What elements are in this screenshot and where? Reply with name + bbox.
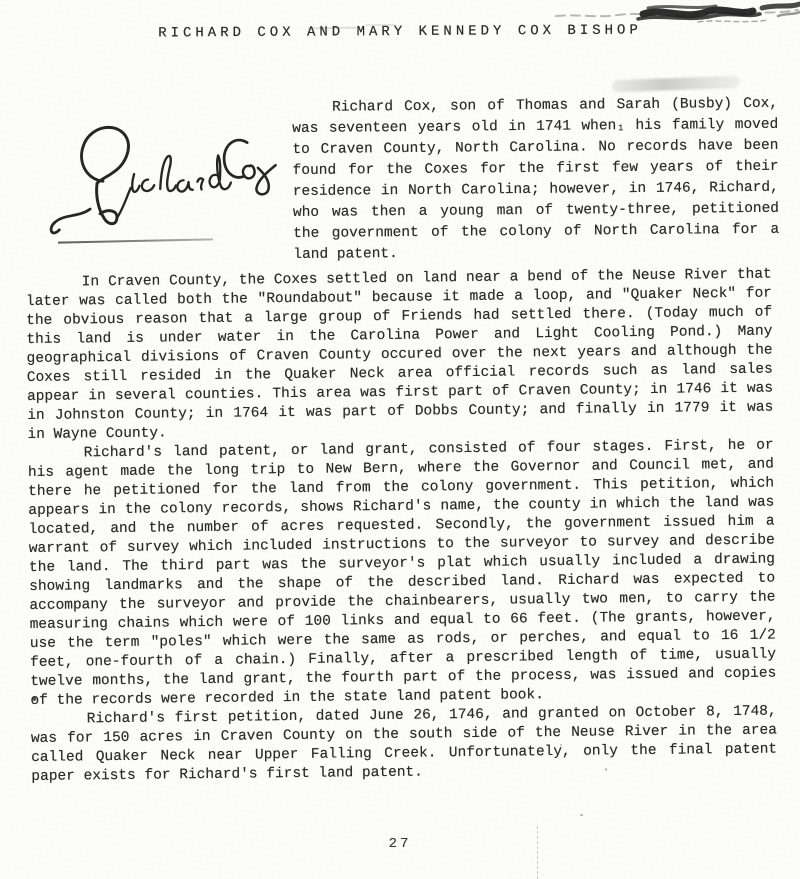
signature-image	[42, 108, 283, 258]
richard-cox-signature-icon	[42, 108, 283, 254]
document-body: In Craven County, the Coxes settled on l…	[26, 266, 778, 787]
paragraph-quaker-neck: In Craven County, the Coxes settled on l…	[26, 266, 774, 445]
scan-artifact-fold-line	[537, 826, 538, 879]
paragraph-intro: Richard Cox, son of Thomas and Sarah (Bu…	[292, 94, 779, 266]
scanned-document-page: { "page": { "title": "RICHARD COX AND MA…	[0, 0, 800, 879]
scan-artifact-speck	[580, 814, 583, 816]
page-number: 27	[0, 836, 800, 852]
page-title: RICHARD COX AND MARY KENNEDY COX BISHOP	[0, 22, 800, 43]
scan-artifact-smudge	[612, 76, 740, 92]
paragraph-land-patent-stages: Richard's land patent, or land grant, co…	[28, 437, 777, 711]
paragraph-first-petition: Richard's first petition, dated June 26,…	[31, 703, 778, 787]
